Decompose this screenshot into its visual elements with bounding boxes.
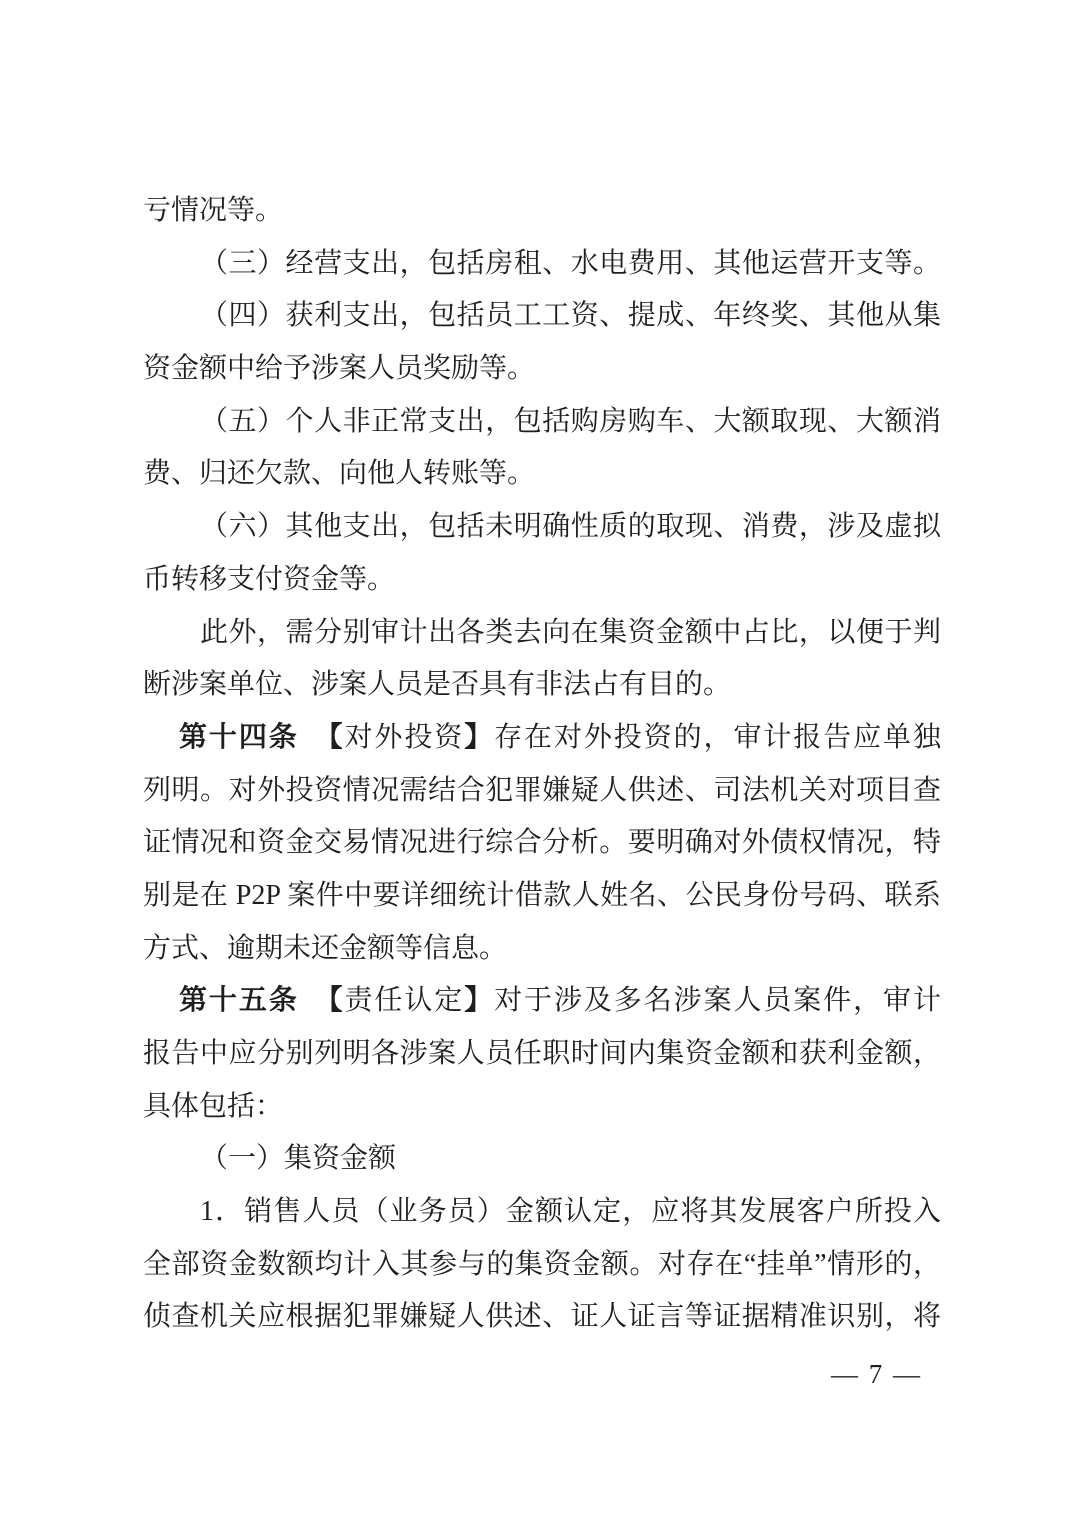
text-line: （六）其他支出，包括未明确性质的取现、消费，涉及虚拟 [143, 501, 941, 554]
text-line: 全部资金数额均计入其参与的集资金额。对存在“挂单”情形的， [143, 1239, 941, 1292]
text-line: 侦查机关应根据犯罪嫌疑人供述、证人证言等证据精准识别，将 [143, 1291, 941, 1344]
text-line: 亏情况等。 [143, 185, 941, 238]
bold-text-segment: 【 [329, 722, 345, 753]
text-segment: 此外，需分别审计出各类去向在集资金额中占比，以便于判 [200, 617, 941, 648]
text-line: 别是在 P2P 案件中要详细统计借款人姓名、公民身份号码、联系 [143, 870, 941, 923]
text-line: 证情况和资金交易情况进行综合分析。要明确对外债权情况，特 [143, 817, 941, 870]
text-segment: 报告中应分别列明各涉案人员任职时间内集资金额和获利金额， [143, 1038, 941, 1069]
text-line: 费、归还欠款、向他人转账等。 [143, 448, 941, 501]
bold-text-segment: 第十四条 [179, 722, 299, 753]
text-segment: 亏情况等。 [143, 195, 283, 226]
text-segment: （六）其他支出，包括未明确性质的取现、消费，涉及虚拟 [200, 511, 941, 542]
text-segment: 对外投资 [345, 722, 465, 753]
document-body: 亏情况等。（三）经营支出，包括房租、水电费用、其他运营开支等。（四）获利支出，包… [0, 0, 1074, 1344]
text-line: 方式、逾期未还金额等信息。 [143, 923, 941, 976]
text-segment: 列明。对外投资情况需结合犯罪嫌疑人供述、司法机关对项目查 [143, 775, 941, 806]
bold-text-segment: 第十五条 [179, 985, 299, 1016]
text-line: 列明。对外投资情况需结合犯罪嫌疑人供述、司法机关对项目查 [143, 765, 941, 818]
bold-text-segment: 】 [464, 722, 494, 753]
text-segment [299, 985, 329, 1016]
text-line: 第十五条 【责任认定】对于涉及多名涉案人员案件，审计 [143, 975, 941, 1028]
page-number: — 7 — [0, 1354, 1074, 1394]
text-segment: 币转移支付资金等。 [143, 564, 395, 595]
text-segment: 费、归还欠款、向他人转账等。 [143, 458, 535, 489]
text-segment: 责任认定 [345, 985, 465, 1016]
text-segment: （一）集资金额 [200, 1143, 396, 1174]
text-segment: 具体包括： [143, 1091, 283, 1122]
text-line: 断涉案单位、涉案人员是否具有非法占有目的。 [143, 659, 941, 712]
document-page: 亏情况等。（三）经营支出，包括房租、水电费用、其他运营开支等。（四）获利支出，包… [0, 0, 1074, 1520]
text-segment: 1．销售人员（业务员）金额认定，应将其发展客户所投入 [200, 1196, 941, 1227]
text-segment: 侦查机关应根据犯罪嫌疑人供述、证人证言等证据精准识别，将 [143, 1301, 941, 1332]
text-line: （一）集资金额 [143, 1133, 941, 1186]
text-segment: 证情况和资金交易情况进行综合分析。要明确对外债权情况，特 [143, 827, 941, 858]
text-line: （三）经营支出，包括房租、水电费用、其他运营开支等。 [143, 238, 941, 291]
text-segment: （四）获利支出，包括员工工资、提成、年终奖、其他从集 [200, 300, 941, 331]
text-line: 1．销售人员（业务员）金额认定，应将其发展客户所投入 [143, 1186, 941, 1239]
text-line: 此外，需分别审计出各类去向在集资金额中占比，以便于判 [143, 607, 941, 660]
text-segment: （五）个人非正常支出，包括购房购车、大额取现、大额消 [200, 406, 941, 437]
text-segment: 别是在 P2P 案件中要详细统计借款人姓名、公民身份号码、联系 [143, 880, 941, 911]
text-segment: （三）经营支出，包括房租、水电费用、其他运营开支等。 [200, 248, 941, 279]
text-segment: 方式、逾期未还金额等信息。 [143, 933, 507, 964]
text-line: （四）获利支出，包括员工工资、提成、年终奖、其他从集 [143, 290, 941, 343]
text-segment: 资金额中给予涉案人员奖励等。 [143, 353, 535, 384]
text-segment [299, 722, 329, 753]
text-line: 资金额中给予涉案人员奖励等。 [143, 343, 941, 396]
text-line: 币转移支付资金等。 [143, 554, 941, 607]
text-line: 报告中应分别列明各涉案人员任职时间内集资金额和获利金额， [143, 1028, 941, 1081]
text-line: 第十四条 【对外投资】存在对外投资的，审计报告应单独 [143, 712, 941, 765]
bold-text-segment: 【 [329, 985, 345, 1016]
text-segment: 存在对外投资的，审计报告应单独 [494, 722, 941, 753]
text-segment: 全部资金数额均计入其参与的集资金额。对存在“挂单”情形的， [143, 1249, 941, 1280]
text-line: 具体包括： [143, 1081, 941, 1134]
text-segment: 对于涉及多名涉案人员案件，审计 [494, 985, 941, 1016]
bold-text-segment: 】 [464, 985, 494, 1016]
text-line: （五）个人非正常支出，包括购房购车、大额取现、大额消 [143, 396, 941, 449]
text-segment: 断涉案单位、涉案人员是否具有非法占有目的。 [143, 669, 731, 700]
